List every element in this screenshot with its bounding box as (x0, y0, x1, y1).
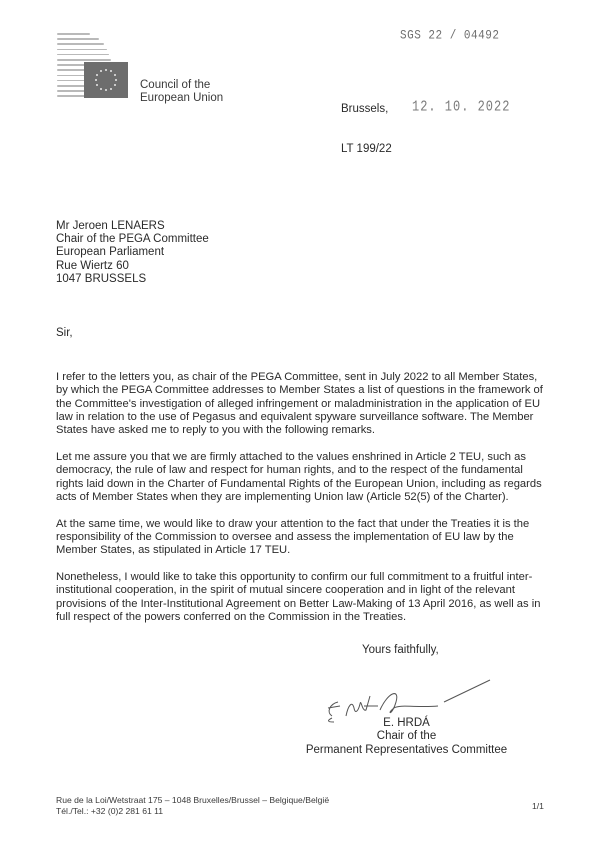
signer-name: E. HRDÁ (300, 717, 513, 730)
letter-place: Brussels, (341, 103, 388, 115)
page-number: 1/1 (532, 801, 544, 811)
footer-address: Rue de la Loi/Wetstraat 175 – 1048 Bruxe… (56, 795, 329, 806)
letter-body: I refer to the letters you, as chair of … (56, 371, 546, 638)
org-name-line1: Council of the (140, 79, 223, 92)
registry-stamp: SGS 22 / 04492 (400, 29, 499, 43)
recipient-city: 1047 BRUSSELS (56, 273, 209, 286)
salutation: Sir, (56, 327, 73, 339)
valediction: Yours faithfully, (362, 644, 439, 656)
footer-phone: Tél./Tel.: +32 (0)2 281 61 11 (56, 806, 329, 817)
paragraph: Nonetheless, I would like to take this o… (56, 571, 546, 624)
date-stamp: 12. 10. 2022 (412, 99, 510, 116)
footer: Rue de la Loi/Wetstraat 175 – 1048 Bruxe… (56, 795, 329, 817)
org-name-line2: European Union (140, 92, 223, 105)
paragraph: Let me assure you that we are firmly att… (56, 451, 546, 504)
recipient-address: Mr Jeroen LENAERS Chair of the PEGA Comm… (56, 220, 209, 286)
signer-title-line2: Permanent Representatives Committee (300, 744, 513, 757)
signer-block: E. HRDÁ Chair of the Permanent Represent… (300, 717, 513, 757)
recipient-street: Rue Wiertz 60 (56, 260, 209, 273)
paragraph: I refer to the letters you, as chair of … (56, 371, 546, 437)
recipient-organization: European Parliament (56, 246, 209, 259)
signer-title-line1: Chair of the (300, 730, 513, 743)
letter-reference: LT 199/22 (341, 143, 392, 155)
paragraph: At the same time, we would like to draw … (56, 518, 546, 558)
organization-name: Council of the European Union (140, 79, 223, 104)
recipient-name: Mr Jeroen LENAERS (56, 220, 209, 233)
recipient-title: Chair of the PEGA Committee (56, 233, 209, 246)
eu-flag-icon (84, 62, 128, 98)
